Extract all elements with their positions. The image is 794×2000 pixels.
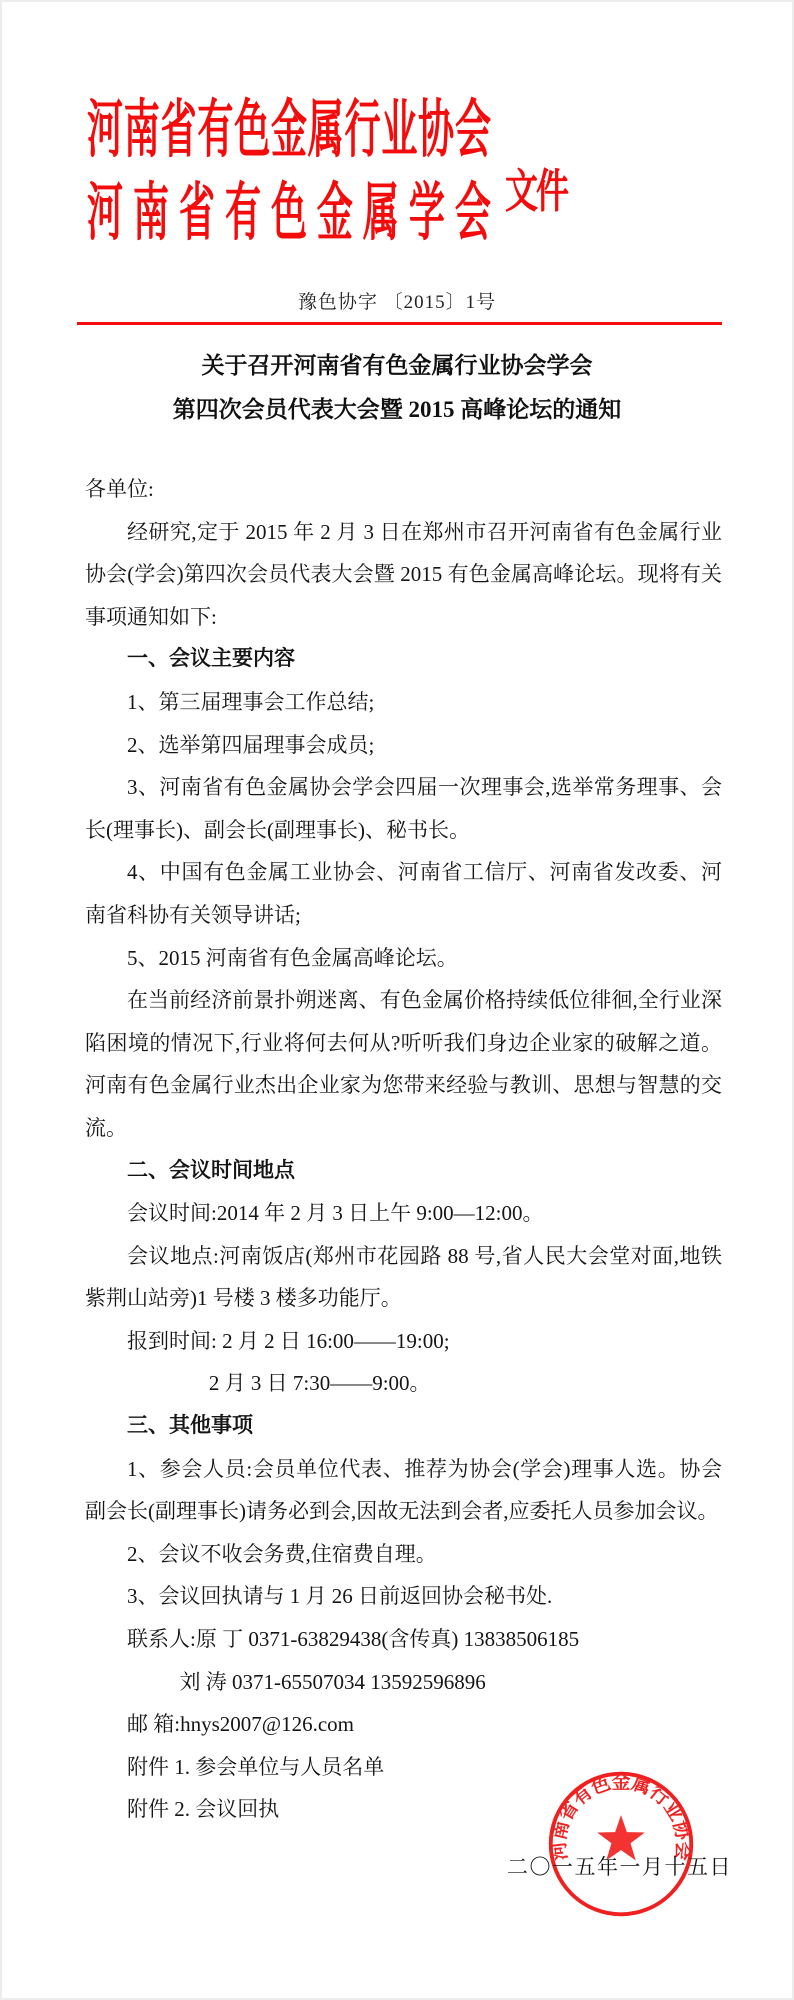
title-line2: 第四次会员代表大会暨 2015 高峰论坛的通知 (2, 388, 792, 432)
section-2-heading: 二、会议时间地点 (85, 1150, 722, 1193)
document-page: 河南省有色金属行业协会 河南省有色金属学会 文件 豫色协字 〔2015〕1号 关… (0, 0, 794, 2000)
intro-paragraph: 经研究,定于 2015 年 2 月 3 日在郑州市召开河南省有色金属行业协会(学… (85, 511, 722, 639)
document-title: 关于召开河南省有色金属行业协会学会 第四次会员代表大会暨 2015 高峰论坛的通… (2, 344, 792, 432)
org-name-char: 南 (133, 161, 169, 266)
meeting-time: 会议时间:2014 年 2 月 3 日上午 9:00—12:00。 (85, 1192, 722, 1235)
contact-line-1: 联系人:原 丁 0371-63829438(含传真) 13838506185 (85, 1618, 722, 1661)
forum-description: 在当前经济前景扑朔迷离、有色金属价格持续低位徘徊,全行业深陷困境的情况下,行业将… (85, 979, 722, 1149)
org-name-char: 有 (225, 161, 261, 266)
email-line: 邮 箱:hnys2007@126.com (85, 1703, 722, 1746)
other-item-1: 1、参会人员:会员单位代表、推荐为协会(学会)理事人选。协会副会长(副理事长)请… (85, 1448, 722, 1533)
org-name-char: 省 (179, 161, 215, 266)
document-body: 各单位:经研究,定于 2015 年 2 月 3 日在郑州市召开河南省有色金属行业… (85, 468, 722, 1831)
org-name-block: 河南省有色金属行业协会 河南省有色金属学会 (87, 100, 491, 243)
red-divider-line (77, 322, 722, 325)
org-name-char: 金 (317, 161, 353, 266)
title-line1: 关于召开河南省有色金属行业协会学会 (2, 344, 792, 388)
org-name-char: 会 (455, 161, 491, 266)
section-1-heading: 一、会议主要内容 (85, 638, 722, 681)
doc-number: 豫色协字 〔2015〕1号 (2, 290, 792, 316)
org-name-line2: 河南省有色金属学会 (87, 161, 491, 266)
other-item-3: 3、会议回执请与 1 月 26 日前返回协会秘书处. (85, 1575, 722, 1618)
official-seal: 河南省有色金属行业协会 (544, 1767, 698, 1921)
section-3-heading: 三、其他事项 (85, 1405, 722, 1448)
letterhead: 河南省有色金属行业协会 河南省有色金属学会 文件 (87, 100, 567, 243)
meeting-place: 会议地点:河南饭店(郑州市花园路 88 号,省人民大会堂对面,地铁紫荆山站旁)1… (85, 1235, 722, 1320)
agenda-item-5: 5、2015 河南省有色金属高峰论坛。 (85, 937, 722, 980)
agenda-item-2: 2、选举第四届理事会成员; (85, 724, 722, 767)
other-item-2: 2、会议不收会务费,住宿费自理。 (85, 1533, 722, 1576)
agenda-item-4: 4、中国有色金属工业协会、河南省工信厅、河南省发改委、河南省科协有关领导讲话; (85, 851, 722, 936)
org-name-char: 色 (271, 161, 307, 266)
issue-date: 二〇一五年一月十五日 (507, 1851, 732, 1881)
agenda-item-1: 1、第三届理事会工作总结; (85, 681, 722, 724)
official-seal-icon: 河南省有色金属行业协会 (544, 1767, 698, 1921)
org-name-char: 属 (363, 161, 399, 266)
registration-time-1: 报到时间: 2 月 2 日 16:00——19:00; (85, 1320, 722, 1363)
agenda-item-3: 3、河南省有色金属协会学会四届一次理事会,选举常务理事、会长(理事长)、副会长(… (85, 766, 722, 851)
registration-time-2: 2 月 3 日 7:30——9:00。 (85, 1362, 722, 1405)
org-name-char: 河 (87, 161, 123, 266)
salutation: 各单位: (85, 468, 722, 511)
doc-type-label: 文件 (505, 158, 567, 257)
org-name-char: 学 (409, 161, 445, 266)
contact-line-2: 刘 涛 0371-65507034 13592596896 (85, 1661, 722, 1704)
